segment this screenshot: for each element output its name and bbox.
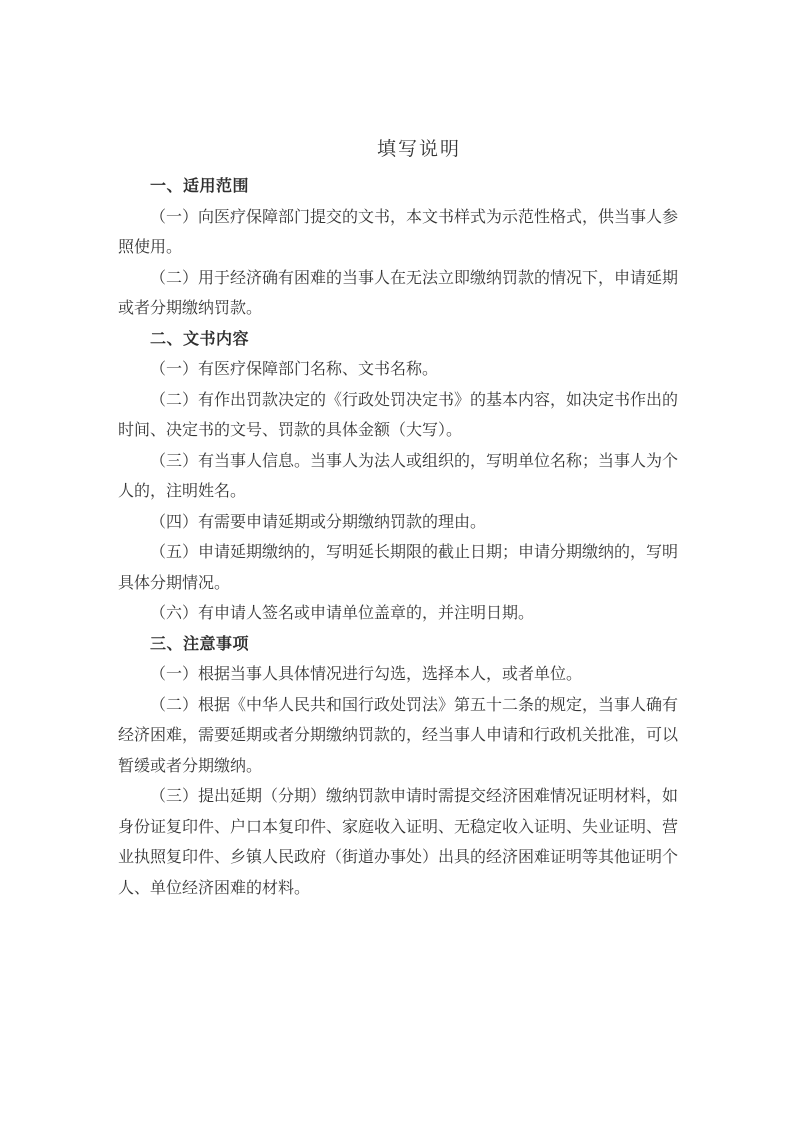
document-page: 填写说明 一、适用范围 （一）向医疗保障部门提交的文书，本文书样式为示范性格式，… <box>0 0 793 1122</box>
paragraph: （三）有当事人信息。当事人为法人或组织的，写明单位名称；当事人为个人的，注明姓名… <box>118 447 678 508</box>
paragraph: （四）有需要申请延期或分期缴纳罚款的理由。 <box>118 508 678 539</box>
section-heading-document-contents: 二、文书内容 <box>118 325 678 356</box>
paragraph: （六）有申请人签名或申请单位盖章的，并注明日期。 <box>118 599 678 630</box>
document-content: 填写说明 一、适用范围 （一）向医疗保障部门提交的文书，本文书样式为示范性格式，… <box>118 0 678 904</box>
paragraph: （五）申请延期缴纳的，写明延长期限的截止日期；申请分期缴纳的，写明具体分期情况。 <box>118 538 678 599</box>
paragraph: （一）向医疗保障部门提交的文书，本文书样式为示范性格式，供当事人参照使用。 <box>118 203 678 264</box>
section-heading-applicable-scope: 一、适用范围 <box>118 172 678 203</box>
paragraph: （一）有医疗保障部门名称、文书名称。 <box>118 355 678 386</box>
paragraph: （二）根据《中华人民共和国行政处罚法》第五十二条的规定，当事人确有经济困难，需要… <box>118 691 678 783</box>
paragraph: （二）用于经济确有困难的当事人在无法立即缴纳罚款的情况下，申请延期或者分期缴纳罚… <box>118 264 678 325</box>
paragraph: （一）根据当事人具体情况进行勾选，选择本人，或者单位。 <box>118 660 678 691</box>
section-heading-notes: 三、注意事项 <box>118 630 678 661</box>
document-title: 填写说明 <box>139 0 699 162</box>
paragraph: （二）有作出罚款决定的《行政处罚决定书》的基本内容，如决定书作出的时间、决定书的… <box>118 386 678 447</box>
paragraph: （三）提出延期（分期）缴纳罚款申请时需提交经济困难情况证明材料，如身份证复印件、… <box>118 782 678 904</box>
